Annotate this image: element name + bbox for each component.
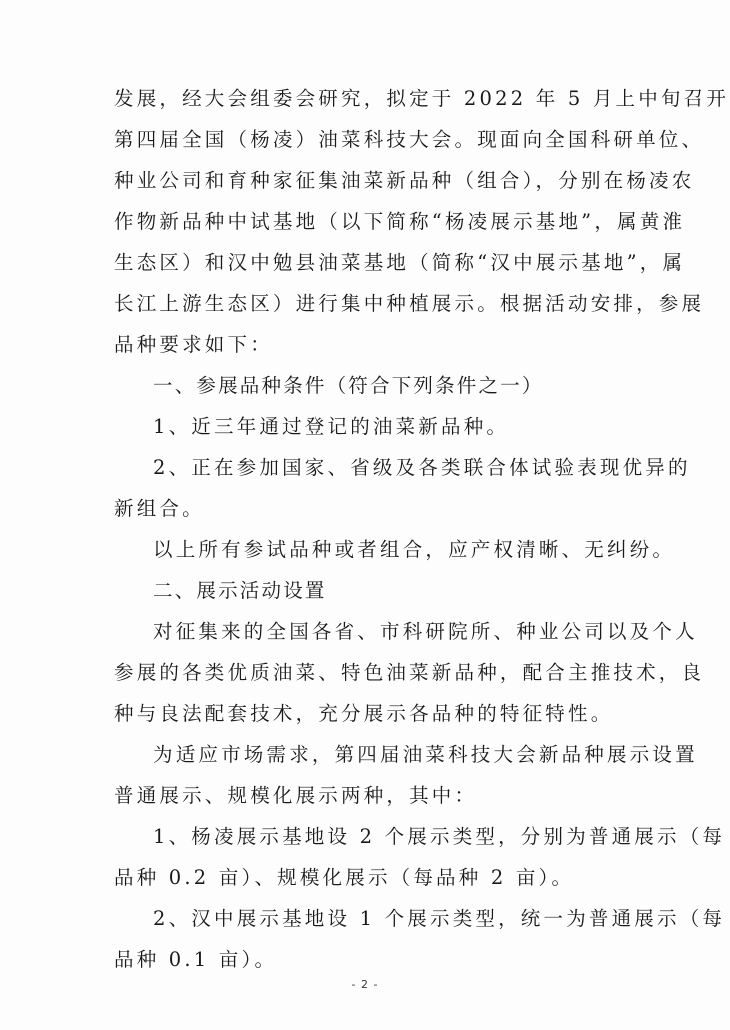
paragraph-line: 种业公司和育种家征集油菜新品种（组合），分别在杨凌农 — [114, 169, 620, 193]
page-number: - 2 - — [0, 978, 730, 991]
paragraph-line: 为适应市场需求，第四届油菜科技大会新品种展示设置 — [153, 743, 620, 767]
paragraph-line: 长江上游生态区）进行集中种植展示。根据活动安排，参展 — [114, 292, 620, 316]
paragraph-line: 种与良法配套技术，充分展示各品种的特征特性。 — [114, 702, 620, 726]
document-page: 发展，经大会组委会研究，拟定于 2022 年 5 月上中旬召开 第四届全国（杨凌… — [0, 0, 730, 1030]
paragraph-line: 品种要求如下： — [114, 333, 620, 357]
list-item: 2、汉中展示基地设 1 个展示类型，统一为普通展示（每 — [153, 907, 620, 931]
paragraph-line: 作物新品种中试基地（以下简称“杨凌展示基地”，属黄淮 — [114, 210, 620, 234]
list-item-continuation: 新组合。 — [114, 497, 620, 521]
list-item: 1、杨凌展示基地设 2 个展示类型，分别为普通展示（每 — [153, 825, 620, 849]
list-item-continuation: 品种 0.2 亩）、规模化展示（每品种 2 亩）。 — [114, 866, 620, 890]
paragraph-line: 普通展示、规模化展示两种，其中： — [114, 784, 620, 808]
paragraph-line: 参展的各类优质油菜、特色油菜新品种，配合主推技术，良 — [114, 661, 620, 685]
section-heading-2: 二、展示活动设置 — [153, 579, 620, 603]
paragraph-line: 第四届全国（杨凌）油菜科技大会。现面向全国科研单位、 — [114, 128, 620, 152]
list-item-continuation: 品种 0.1 亩）。 — [114, 948, 620, 972]
paragraph-line: 发展，经大会组委会研究，拟定于 2022 年 5 月上中旬召开 — [114, 87, 620, 111]
paragraph-line: 对征集来的全国各省、市科研院所、种业公司以及个人 — [153, 620, 620, 644]
note-paragraph: 以上所有参试品种或者组合，应产权清晰、无纠纷。 — [153, 538, 620, 562]
paragraph-line: 生态区）和汉中勉县油菜基地（简称“汉中展示基地”，属 — [114, 251, 620, 275]
list-item: 1、近三年通过登记的油菜新品种。 — [153, 415, 620, 439]
section-heading-1: 一、参展品种条件（符合下列条件之一） — [153, 374, 620, 398]
list-item: 2、正在参加国家、省级及各类联合体试验表现优异的 — [153, 456, 620, 480]
